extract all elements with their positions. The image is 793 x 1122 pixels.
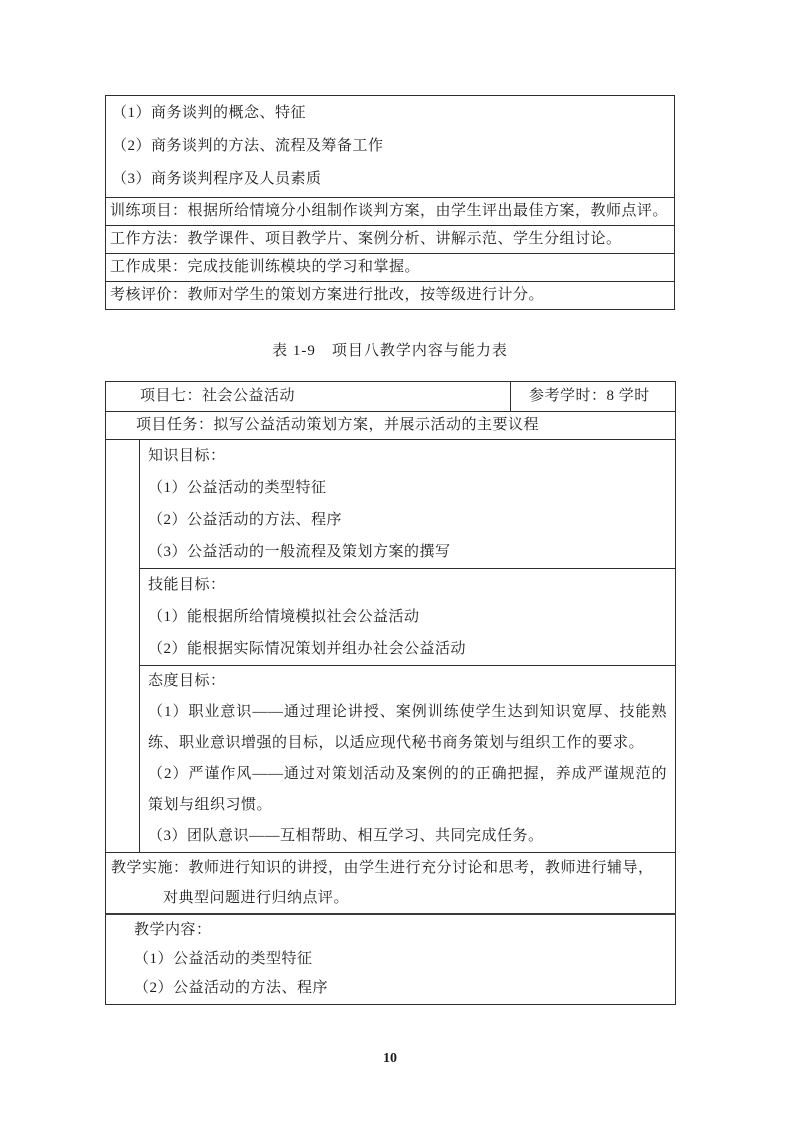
goal-title: 技能目标： [148, 569, 667, 601]
work-result-cell: 工作成果：完成技能训练模块的学习和掌握。 [106, 254, 675, 282]
knowledge-goal-cell: 知识目标： （1）公益活动的类型特征 （2）公益活动的方法、程序 （3）公益活动… [140, 440, 676, 569]
table-row: 工作成果：完成技能训练模块的学习和掌握。 [106, 254, 675, 282]
project-content-table: 项目七：社会公益活动 参考学时：8 学时 项目任务：拟写公益活动策划方案，并展示… [105, 381, 676, 1005]
table-row: （1）商务谈判的概念、特征 （2）商务谈判的方法、流程及筹备工作 （3）商务谈判… [106, 96, 675, 198]
table-row: 技能目标： （1）能根据所给情境模拟社会公益活动 （2）能根据实际情况策划并组办… [106, 569, 676, 666]
reference-hours-cell: 参考学时：8 学时 [511, 382, 676, 412]
attitude-goal-cell: 态度目标： （1）职业意识——通过理论讲授、案例训练使学生达到知识宽厚、技能熟练… [140, 666, 676, 853]
table-row: 教学实施：教师进行知识的讲授，由学生进行充分讨论和思考，教师进行辅导， 对典型问… [106, 853, 676, 915]
table-row: 项目任务：拟写公益活动策划方案，并展示活动的主要议程 [106, 412, 676, 440]
table-row: 态度目标： （1）职业意识——通过理论讲授、案例训练使学生达到知识宽厚、技能熟练… [106, 666, 676, 853]
training-module-table: （1）商务谈判的概念、特征 （2）商务谈判的方法、流程及筹备工作 （3）商务谈判… [105, 95, 675, 310]
goal-title: 知识目标： [148, 440, 667, 472]
goal-item: （2）严谨作风——通过对策划活动及案例的的正确把握，养成严谨规范的策划与组织习惯… [148, 759, 667, 821]
project-title-cell: 项目七：社会公益活动 [106, 382, 511, 412]
goal-item: （1）能根据所给情境模拟社会公益活动 [148, 601, 667, 633]
page-number: 10 [105, 1051, 675, 1067]
gutter-cell [106, 440, 140, 853]
knowledge-point-line: （1）商务谈判的概念、特征 [112, 97, 668, 130]
assessment-cell: 考核评价：教师对学生的策划方案进行批改，按等级进行计分。 [106, 282, 675, 310]
knowledge-point-line: （2）商务谈判的方法、流程及筹备工作 [112, 130, 668, 163]
work-method-cell: 工作方法：教学课件、项目教学片、案例分析、讲解示范、学生分组讨论。 [106, 226, 675, 254]
table-row: 考核评价：教师对学生的策划方案进行批改，按等级进行计分。 [106, 282, 675, 310]
table-caption: 表 1-9 项目八教学内容与能力表 [105, 339, 675, 360]
goal-item: （2）公益活动的方法、程序 [148, 504, 667, 536]
content-title: 教学内容： [134, 916, 669, 945]
implementation-line: 对典型问题进行归纳点评。 [111, 883, 670, 913]
teaching-implementation-cell: 教学实施：教师进行知识的讲授，由学生进行充分讨论和思考，教师进行辅导， 对典型问… [106, 853, 676, 915]
table-row: 教学内容： （1）公益活动的类型特征 （2）公益活动的方法、程序 [106, 914, 676, 1005]
table-row: 工作方法：教学课件、项目教学片、案例分析、讲解示范、学生分组讨论。 [106, 226, 675, 254]
content-item: （1）公益活动的类型特征 [134, 945, 669, 974]
knowledge-points-cell: （1）商务谈判的概念、特征 （2）商务谈判的方法、流程及筹备工作 （3）商务谈判… [106, 96, 675, 198]
content-item: （2）公益活动的方法、程序 [134, 974, 669, 1003]
teaching-content-cell: 教学内容： （1）公益活动的类型特征 （2）公益活动的方法、程序 [106, 914, 676, 1005]
goal-item: （3）团队意识——互相帮助、相互学习、共同完成任务。 [148, 821, 667, 852]
goal-title: 态度目标： [148, 666, 667, 697]
skill-goal-cell: 技能目标： （1）能根据所给情境模拟社会公益活动 （2）能根据实际情况策划并组办… [140, 569, 676, 666]
project-task-cell: 项目任务：拟写公益活动策划方案，并展示活动的主要议程 [106, 412, 676, 440]
goal-item: （2）能根据实际情况策划并组办社会公益活动 [148, 633, 667, 665]
document-page: （1）商务谈判的概念、特征 （2）商务谈判的方法、流程及筹备工作 （3）商务谈判… [0, 0, 793, 1122]
training-project-cell: 训练项目：根据所给情境分小组制作谈判方案，由学生评出最佳方案，教师点评。 [106, 198, 675, 226]
goal-item: （1）职业意识——通过理论讲授、案例训练使学生达到知识宽厚、技能熟练、职业意识增… [148, 697, 667, 759]
table-row: 知识目标： （1）公益活动的类型特征 （2）公益活动的方法、程序 （3）公益活动… [106, 440, 676, 569]
implementation-line: 教学实施：教师进行知识的讲授，由学生进行充分讨论和思考，教师进行辅导， [111, 853, 670, 883]
table-row: 训练项目：根据所给情境分小组制作谈判方案，由学生评出最佳方案，教师点评。 [106, 198, 675, 226]
goal-item: （3）公益活动的一般流程及策划方案的撰写 [148, 536, 667, 568]
knowledge-point-line: （3）商务谈判程序及人员素质 [112, 163, 668, 196]
table-row: 项目七：社会公益活动 参考学时：8 学时 [106, 382, 676, 412]
goal-item: （1）公益活动的类型特征 [148, 472, 667, 504]
